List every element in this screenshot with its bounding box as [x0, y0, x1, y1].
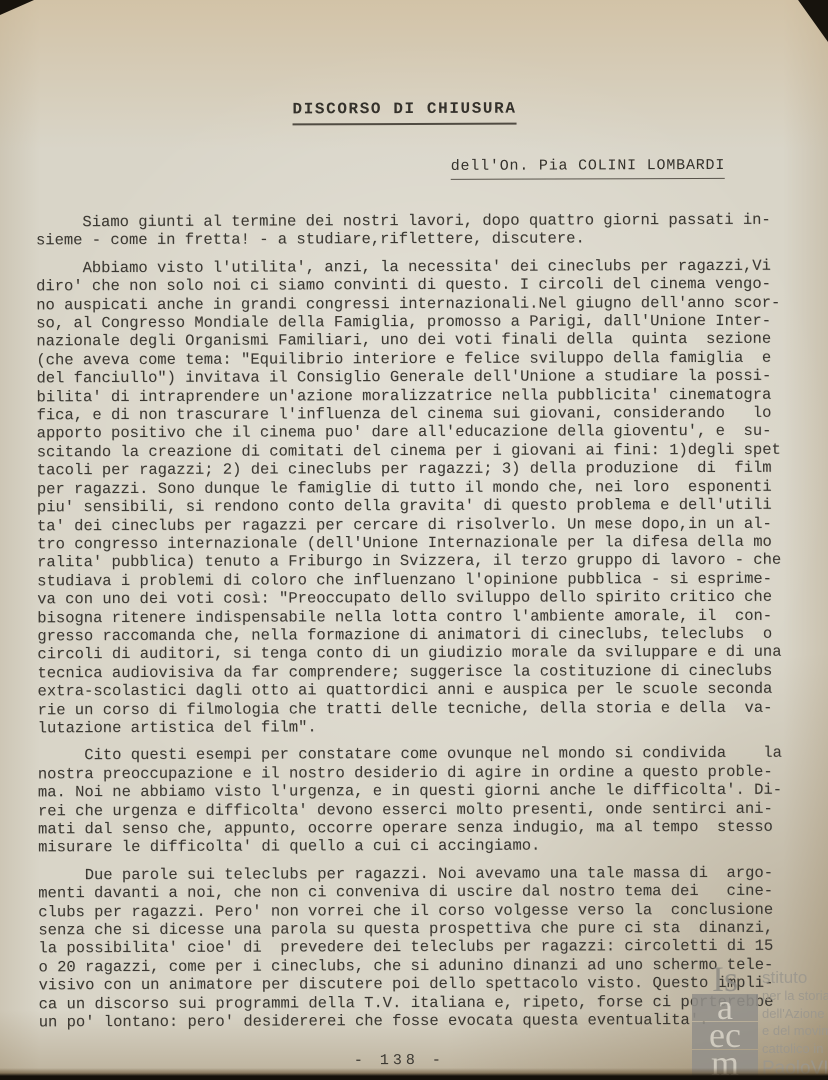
photo-bottom-edge: [0, 1068, 828, 1080]
paragraph: Abbiamo visto l'utilita', anzi, la neces…: [36, 256, 808, 737]
isacem-logo-letter: a: [692, 994, 758, 1021]
watermark-line: stituto: [762, 968, 828, 987]
isacem-watermark: Is a ec m stituto per la storia dell'Azi…: [692, 966, 828, 1080]
scanned-page-photo: DISCORSO DI CHIUSURA dell'On. Pia COLINI…: [0, 0, 828, 1080]
watermark-line: e del movimento: [762, 1022, 828, 1040]
watermark-line: per la storia: [762, 987, 828, 1005]
watermark-line: dell'Azione cattolica: [762, 1005, 828, 1023]
isacem-logo-letters: Is a ec m: [692, 966, 758, 1080]
isacem-wordmark: stituto per la storia dell'Azione cattol…: [758, 966, 828, 1080]
page-title: DISCORSO DI CHIUSURA: [292, 100, 516, 126]
watermark-line: cattolico in Italia: [762, 1040, 828, 1058]
isacem-logo-letter: ec: [692, 1022, 758, 1049]
isacem-logo-letter: Is: [692, 966, 758, 993]
paragraph: Cito questi esempi per constatare come o…: [38, 744, 808, 857]
paragraph: Siamo giunti al termine dei nostri lavor…: [36, 211, 806, 251]
body-paragraphs: Siamo giunti al termine dei nostri lavor…: [36, 211, 809, 1041]
typewritten-page: DISCORSO DI CHIUSURA dell'On. Pia COLINI…: [0, 0, 828, 1080]
page-number: - 138 -: [354, 1052, 445, 1069]
byline: dell'On. Pia COLINI LOMBARDI: [451, 157, 726, 180]
